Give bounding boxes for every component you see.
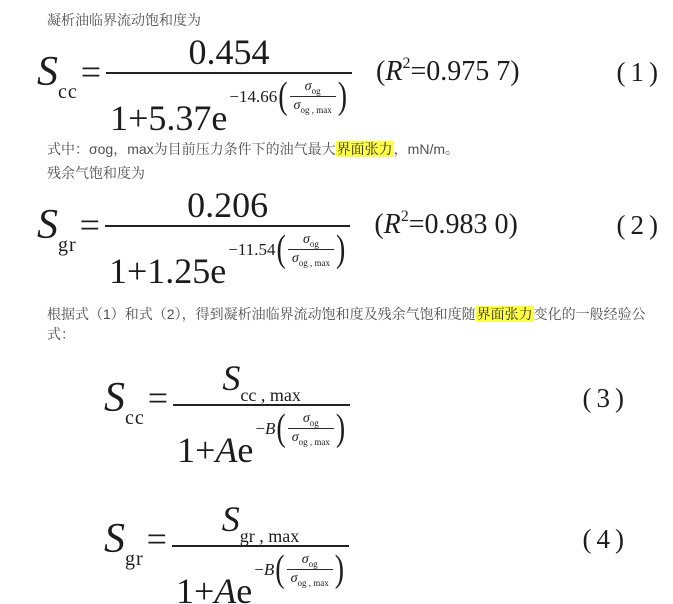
- lhs-subscript: gr: [58, 223, 77, 267]
- r2-close-paren: ): [509, 209, 518, 240]
- highlight-interfacial-tension: 界面张力: [476, 306, 534, 322]
- sigma-bottom-subscript: og , max: [298, 575, 329, 592]
- denominator-base: 1+Ae: [177, 431, 253, 469]
- equation-3-fraction: Scc , max 1+Ae −B ( σog σog , max ): [173, 358, 350, 469]
- exponent-pre: −: [254, 560, 264, 579]
- fraction-denominator: 1+5.37e −14.66 ( σog σog , max ): [106, 72, 352, 137]
- equation-2-lhs: Sgr: [37, 203, 77, 254]
- close-paren: ): [334, 547, 345, 593]
- paragraph-cc-intro: 凝析油临界流动饱和度为: [47, 10, 663, 30]
- open-paren: (: [275, 406, 286, 452]
- exponent-coefficient: −B: [254, 560, 274, 580]
- equals-sign: =: [78, 53, 106, 91]
- denominator-base: 1+1.25e: [109, 252, 226, 290]
- sigma-ratio: σog σog , max: [290, 78, 336, 115]
- close-paren: ): [335, 227, 346, 273]
- exponent-variable: B: [264, 560, 274, 579]
- fraction-numerator: 0.206: [175, 185, 280, 225]
- equals-sign: =: [145, 379, 173, 417]
- denominator-coefficient: 1+: [176, 571, 214, 604]
- lhs-symbol: S: [37, 49, 58, 95]
- close-paren: ): [335, 406, 346, 452]
- equation-3: Scc = Scc , max 1+Ae −B ( σog σog , max …: [104, 358, 629, 469]
- fraction-numerator: Scc , max: [210, 358, 312, 404]
- lhs-subscript: gr: [125, 537, 144, 581]
- paragraph-formula-note: 式中：σog，max为目前压力条件下的油气最大界面张力，mN/m。: [47, 139, 663, 159]
- equation-number: (2): [617, 210, 663, 240]
- r-exponent: 2: [401, 200, 409, 234]
- exponent: −B ( σog σog , max ): [255, 410, 346, 447]
- numerator-symbol: S: [222, 358, 240, 398]
- exponent: −B ( σog σog , max ): [254, 551, 345, 588]
- equation-number: (1): [617, 57, 663, 87]
- exponent: −14.66 ( σog σog , max ): [229, 78, 348, 115]
- r-exponent: 2: [402, 47, 410, 81]
- sigma-symbol: σ: [302, 552, 309, 567]
- exponent: −11.54 ( σog σog , max ): [228, 231, 346, 268]
- equals-sign: =: [144, 520, 172, 558]
- r2-number: =0.975 7: [410, 56, 510, 87]
- fraction-numerator: 0.454: [177, 32, 282, 72]
- exponent-variable: B: [265, 419, 275, 438]
- lhs-symbol: S: [104, 516, 125, 562]
- sigma-ratio: σog σog , max: [288, 231, 334, 268]
- exponent-coefficient: −11.54: [228, 240, 275, 260]
- equation-1-lhs: Scc: [37, 50, 78, 101]
- r2-open-paren: (: [376, 56, 385, 87]
- sigma-ratio: σog σog , max: [288, 410, 334, 447]
- exponent-coefficient: −14.66: [229, 87, 277, 107]
- fraction-numerator: Sgr , max: [210, 499, 311, 545]
- euler-e: e: [211, 98, 227, 138]
- equation-4-fraction: Sgr , max 1+Ae −B ( σog σog , max ): [172, 499, 349, 604]
- r2-number: =0.983 0: [409, 209, 509, 240]
- paper-page: 凝析油临界流动饱和度为 Scc = 0.454 1+5.37e −14.66 (…: [0, 0, 673, 604]
- r-symbol: R: [384, 209, 401, 240]
- sigma-top-subscript: og: [310, 236, 319, 253]
- lhs-subscript: cc: [125, 396, 145, 440]
- sigma-symbol: σ: [303, 411, 310, 426]
- exponent-pre: −11.54: [228, 240, 275, 259]
- euler-e: e: [237, 430, 253, 470]
- sigma-top: σog: [301, 78, 325, 96]
- denominator-base: 1+Ae: [176, 572, 252, 604]
- exponent-coefficient: −B: [255, 419, 275, 439]
- sigma-top: σog: [298, 551, 322, 569]
- open-paren: (: [274, 547, 285, 593]
- equation-1-fraction: 0.454 1+5.37e −14.66 ( σog σog , max ): [106, 32, 352, 137]
- close-paren: ): [337, 74, 348, 120]
- r2-close-paren: ): [510, 56, 519, 87]
- sigma-bottom-subscript: og , max: [299, 434, 330, 451]
- denominator-coefficient: 1+: [177, 430, 215, 470]
- sigma-symbol: σ: [303, 232, 310, 247]
- general-text-before: 根据式（1）和式（2），得到凝析油临界流动饱和度及残余气饱和度随: [47, 306, 476, 322]
- highlight-interfacial-tension: 界面张力: [336, 141, 394, 157]
- denominator-variable: A: [214, 571, 236, 604]
- equation-number: (3): [583, 383, 629, 413]
- equation-4-lhs: Sgr: [104, 517, 144, 568]
- lhs-subscript: cc: [58, 70, 78, 114]
- exponent-pre: −: [255, 419, 265, 438]
- denominator-variable: A: [215, 430, 237, 470]
- note-text-after: ，mN/m。: [394, 141, 459, 157]
- sigma-top: σog: [299, 410, 323, 428]
- fraction-denominator: 1+1.25e −11.54 ( σog σog , max ): [105, 225, 350, 290]
- sigma-top-subscript: og: [310, 415, 319, 432]
- sigma-symbol: σ: [292, 430, 299, 445]
- open-paren: (: [276, 227, 287, 273]
- numerator-symbol: S: [222, 499, 240, 539]
- sigma-symbol: σ: [292, 251, 299, 266]
- denominator-base: 1+5.37e: [110, 99, 227, 137]
- sigma-bottom-subscript: og , max: [300, 102, 331, 119]
- numerator-subscript: gr , max: [240, 516, 299, 556]
- equation-4: Sgr = Sgr , max 1+Ae −B ( σog σog , max …: [104, 499, 629, 604]
- sigma-symbol: σ: [294, 98, 301, 113]
- r-symbol: R: [385, 56, 402, 87]
- sigma-top-subscript: og: [309, 556, 318, 573]
- equation-2: Sgr = 0.206 1+1.25e −11.54 ( σog σog , m…: [37, 185, 663, 290]
- r-squared-value: (R2=0.975 7): [376, 55, 520, 93]
- lhs-symbol: S: [104, 375, 125, 421]
- sigma-symbol: σ: [305, 79, 312, 94]
- sigma-bottom-subscript: og , max: [299, 255, 330, 272]
- equation-1: Scc = 0.454 1+5.37e −14.66 ( σog σog , m…: [37, 32, 663, 137]
- lhs-symbol: S: [37, 202, 58, 248]
- open-paren: (: [277, 74, 288, 120]
- denominator-coefficient: 1+1.25: [109, 251, 210, 291]
- r2-open-paren: (: [374, 209, 383, 240]
- sigma-ratio: σog σog , max: [287, 551, 333, 588]
- equation-number: (4): [583, 524, 629, 554]
- paragraph-general-formula: 根据式（1）和式（2），得到凝析油临界流动饱和度及残余气饱和度随界面张力变化的一…: [47, 304, 663, 344]
- numerator-subscript: cc , max: [240, 375, 300, 415]
- sigma-symbol: σ: [291, 571, 298, 586]
- sigma-top-subscript: og: [312, 83, 321, 100]
- exponent-pre: −14.66: [229, 87, 277, 106]
- denominator-coefficient: 1+5.37: [110, 98, 211, 138]
- equation-2-fraction: 0.206 1+1.25e −11.54 ( σog σog , max ): [105, 185, 350, 290]
- equation-3-lhs: Scc: [104, 376, 145, 427]
- r-squared-value: (R2=0.983 0): [374, 208, 518, 246]
- euler-e: e: [210, 251, 226, 291]
- paragraph-gr-intro: 残余气饱和度为: [47, 163, 663, 183]
- sigma-top: σog: [299, 231, 323, 249]
- equals-sign: =: [77, 206, 105, 244]
- note-text-before: 式中：σog，max为目前压力条件下的油气最大: [47, 141, 336, 157]
- euler-e: e: [236, 571, 252, 604]
